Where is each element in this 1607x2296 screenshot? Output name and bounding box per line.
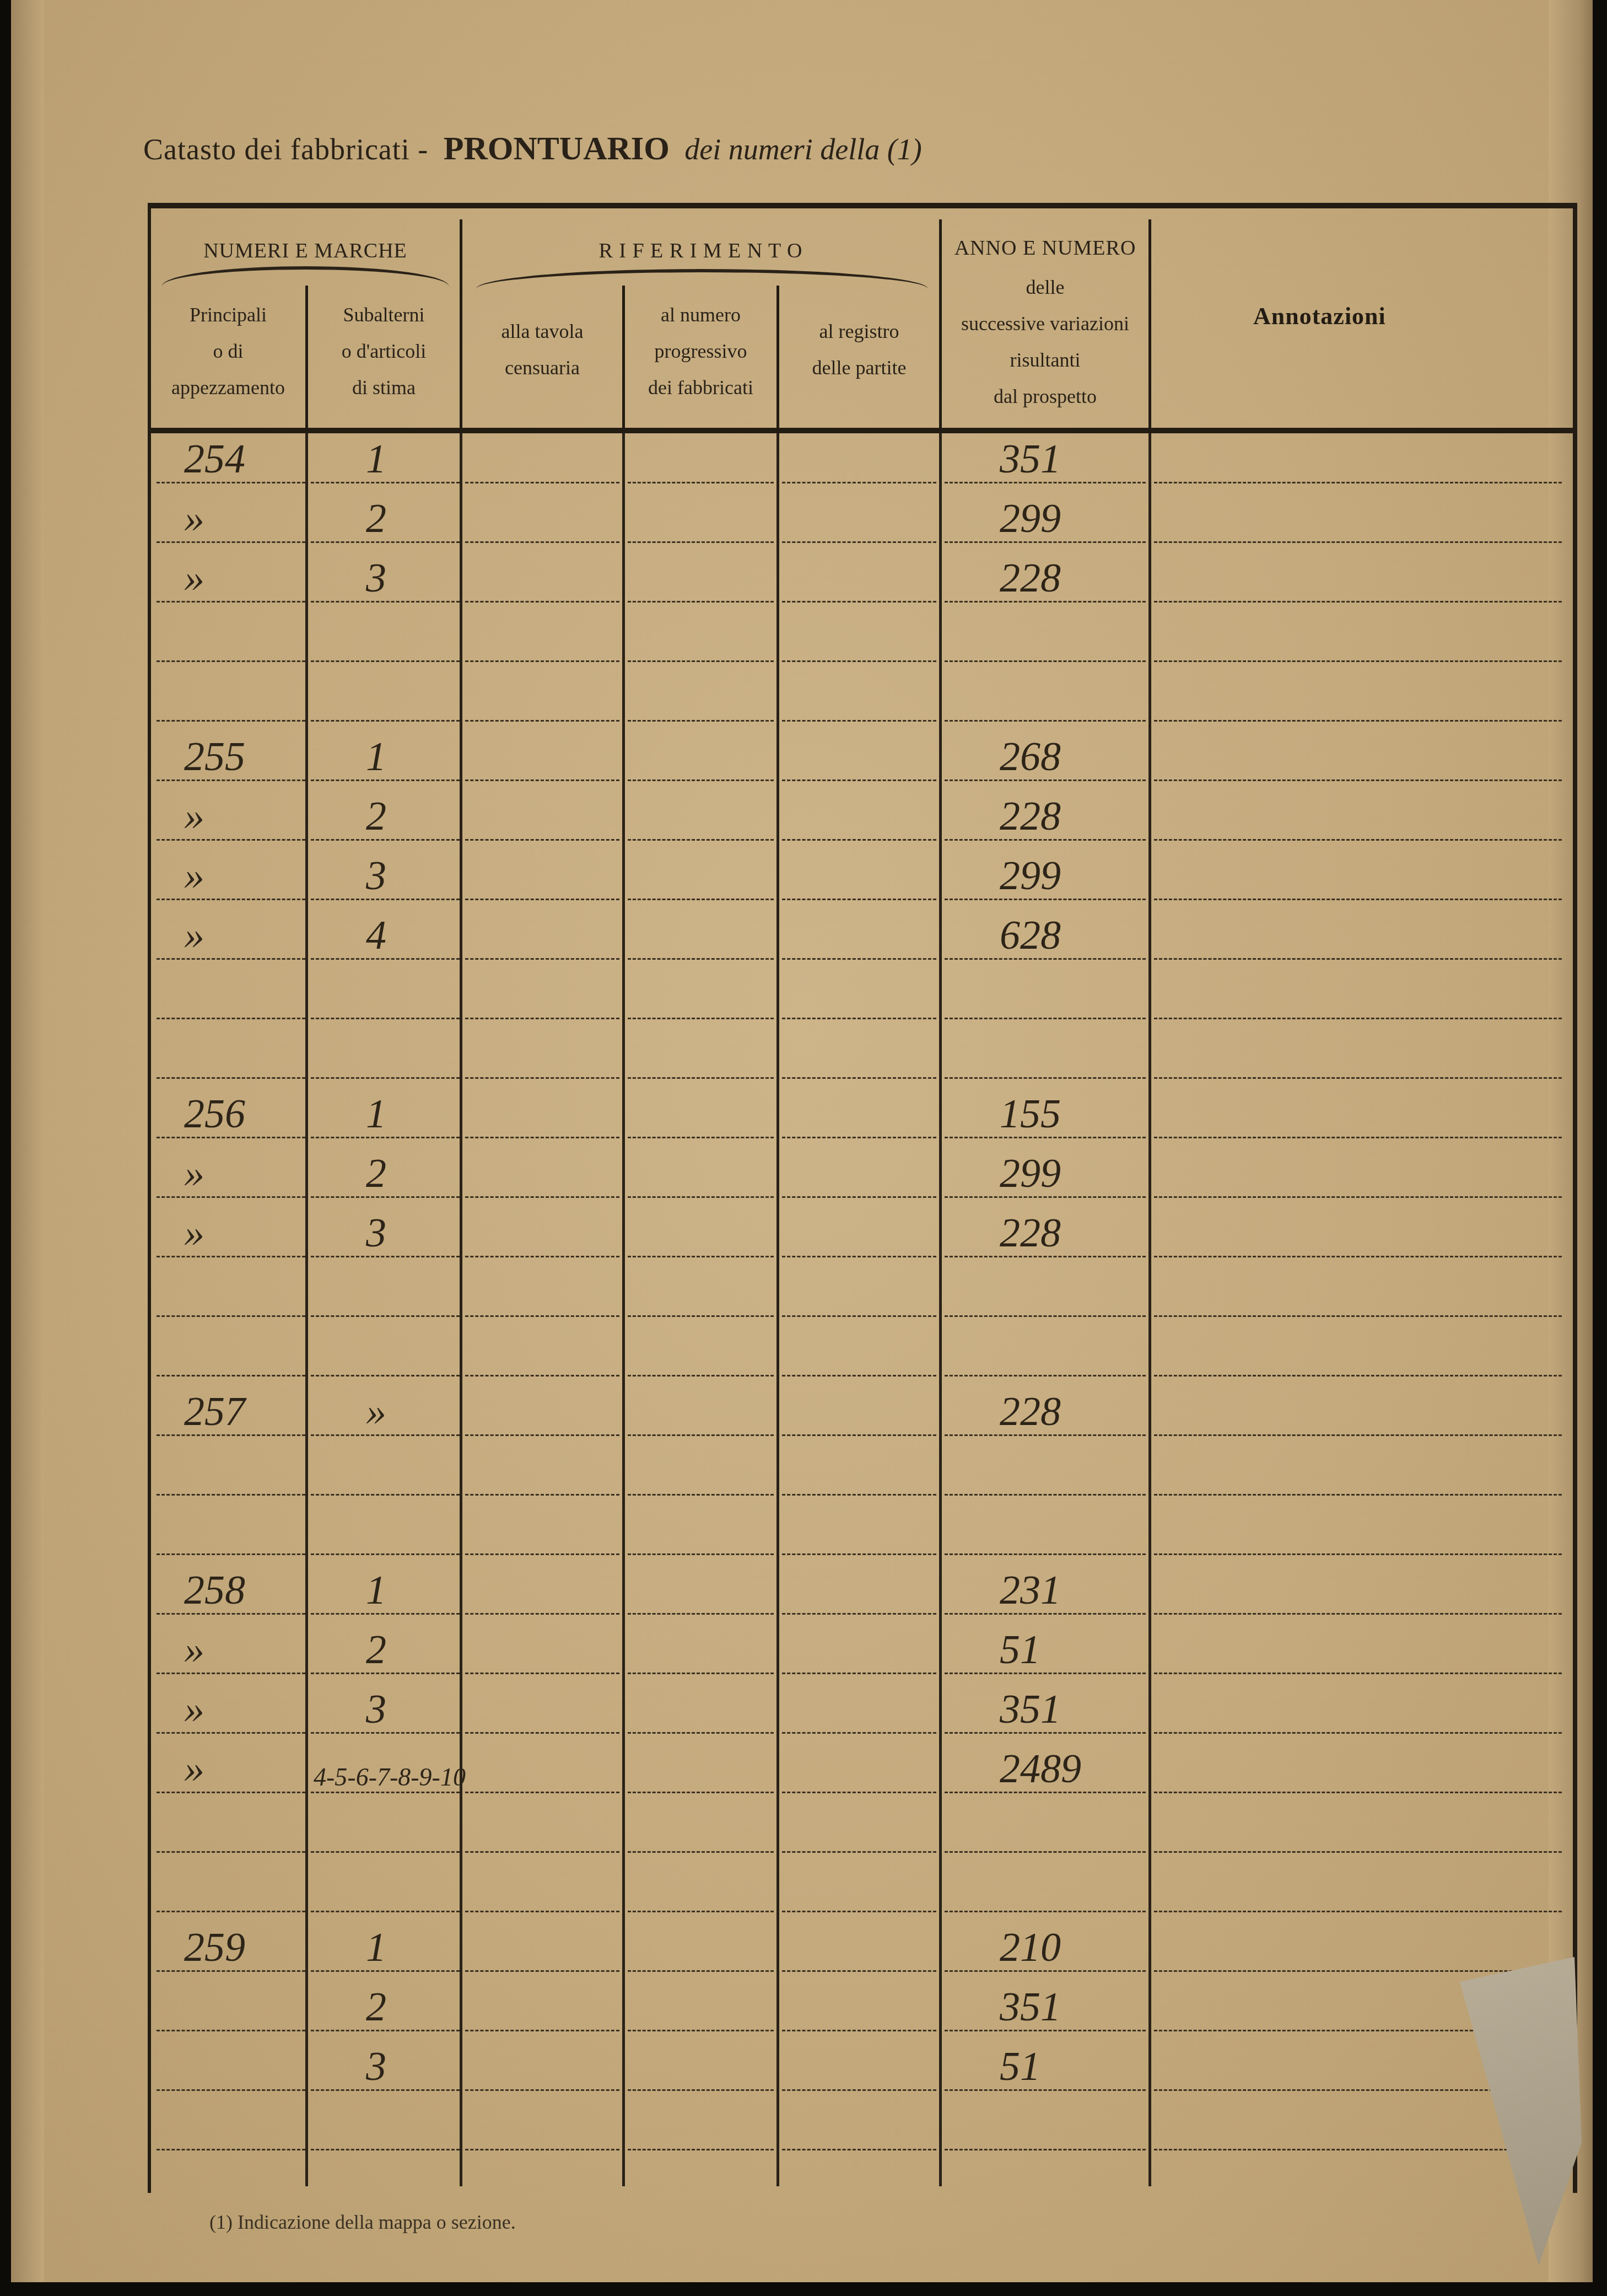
ruled-line (465, 2089, 619, 2091)
ruled-line (628, 541, 774, 543)
ruled-line (1154, 1970, 1562, 1972)
cell-principale: 259 (184, 1924, 245, 1971)
ruled-line (945, 1553, 1146, 1555)
cell-subalterno: 1 (366, 1091, 386, 1138)
cell-subalterno: 2 (366, 1984, 386, 2031)
cell-principale: » (184, 1686, 204, 1733)
ruled-line (465, 1673, 619, 1674)
ruled-line (782, 839, 936, 841)
ruled-line (465, 2030, 619, 2031)
cell-principale: » (184, 1627, 204, 1674)
ruled-line (782, 601, 936, 603)
ruled-line (945, 1077, 1146, 1079)
ruled-line (628, 2089, 774, 2091)
group-header-riferimento: R I F E R I M E N T O (462, 239, 939, 263)
cell-subalterno: 1 (366, 1567, 386, 1614)
cell-principale: 257 (184, 1389, 245, 1435)
ruled-line (782, 1137, 936, 1138)
ruled-line (465, 1196, 619, 1198)
ruled-line (465, 1434, 619, 1436)
cell-subalterno: 2 (366, 496, 386, 542)
cell-principale: » (184, 496, 204, 542)
ruled-line (782, 541, 936, 543)
ruled-line (1154, 1851, 1562, 1853)
ruled-line (157, 1375, 305, 1376)
ruled-line (1154, 1137, 1562, 1138)
cell-subalterno: » (366, 1389, 386, 1435)
ruled-line (628, 1018, 774, 1019)
ruled-line (1154, 1315, 1562, 1317)
cell-principale: 255 (184, 734, 245, 781)
ruled-line (628, 1911, 774, 1912)
col-header-variazioni: delle successive variazioni risultanti d… (942, 269, 1148, 415)
col-header-annotazioni: Annotazioni (1253, 302, 1386, 330)
cell-subalterno: 1 (366, 436, 386, 483)
ruled-line (628, 1256, 774, 1257)
ruled-line (628, 1792, 774, 1793)
ruled-line (782, 1256, 936, 1257)
title-prefix: Catasto dei fabbricati - (143, 133, 428, 166)
cell-subalterno: 1 (366, 734, 386, 781)
ruled-line (157, 2089, 305, 2091)
ruled-line (628, 720, 774, 722)
ruled-line (628, 1553, 774, 1555)
ruled-line (1154, 779, 1562, 781)
col-header-registro: al registro delle partite (779, 313, 939, 386)
ruled-line (465, 899, 619, 900)
cell-subalterno: 3 (366, 1210, 386, 1257)
ruled-line (311, 1792, 460, 1793)
column-divider (939, 433, 942, 2186)
cell-variazione: 231 (1000, 1567, 1061, 1614)
cell-variazione: 210 (1000, 1924, 1061, 1971)
ruled-line (782, 720, 936, 722)
ruled-line (782, 899, 936, 900)
ruled-line (465, 1970, 619, 1972)
ruled-line (157, 1077, 305, 1079)
ruled-line (465, 2149, 619, 2150)
ruled-line (1154, 1553, 1562, 1555)
ruled-line (628, 1375, 774, 1376)
ruled-line (782, 779, 936, 781)
ruled-line (465, 839, 619, 841)
ruled-line (157, 1494, 305, 1496)
col-header-principali: Principali o di appezzamento (151, 297, 305, 406)
cell-variazione: 51 (1000, 1627, 1040, 1674)
cell-principale: 258 (184, 1567, 245, 1614)
ruled-line (1154, 958, 1562, 960)
cell-subalterno: 2 (366, 793, 386, 840)
ruled-line (628, 1494, 774, 1496)
ruled-line (311, 660, 460, 662)
cell-subalterno: 4 (366, 912, 386, 959)
ruled-line (157, 1256, 305, 1257)
cell-variazione: 351 (1000, 1984, 1061, 2031)
cell-variazione: 228 (1000, 1210, 1061, 1257)
ruled-line (465, 1792, 619, 1793)
ruled-line (782, 2030, 936, 2031)
ruled-line (157, 1911, 305, 1912)
column-divider (622, 433, 625, 2186)
cell-principale: » (184, 912, 204, 959)
ruled-line (157, 720, 305, 722)
ruled-line (782, 1732, 936, 1734)
ruled-line (1154, 601, 1562, 603)
ruled-line (628, 958, 774, 960)
cell-principale: » (184, 1746, 204, 1793)
cell-variazione: 299 (1000, 1150, 1061, 1197)
ruled-line (311, 720, 460, 722)
ruled-line (782, 1494, 936, 1496)
ruled-line (157, 899, 305, 900)
ruled-line (311, 1077, 460, 1079)
ruled-line (782, 1196, 936, 1198)
ruled-line (1154, 1256, 1562, 1257)
ruled-line (465, 1851, 619, 1853)
ruled-line (1154, 541, 1562, 543)
cell-principale: » (184, 793, 204, 840)
ruled-line (945, 1375, 1146, 1376)
cell-principale: » (184, 1210, 204, 1257)
ruled-line (311, 2149, 460, 2150)
cell-variazione: 299 (1000, 853, 1061, 900)
group-header-numeri-marche: NUMERI E MARCHE (151, 239, 460, 263)
cell-variazione: 351 (1000, 1686, 1061, 1733)
ruled-line (1154, 1375, 1562, 1376)
footnote: (1) Indicazione della mappa o sezione. (209, 2211, 516, 2234)
ruled-line (465, 958, 619, 960)
ruled-line (311, 1018, 460, 1019)
cell-subalterno: 3 (366, 2044, 386, 2090)
cell-principale: 254 (184, 436, 245, 483)
register-table: NUMERI E MARCHE R I F E R I M E N T O Pr… (148, 203, 1577, 2193)
ruled-line (782, 1077, 936, 1079)
ruled-line (1154, 1613, 1562, 1615)
ruled-line (628, 660, 774, 662)
ruled-line (628, 1434, 774, 1436)
ruled-line (465, 779, 619, 781)
cell-subalterno: 2 (366, 1150, 386, 1197)
ruled-line (1154, 1077, 1562, 1079)
ruled-line (628, 1137, 774, 1138)
cell-subalterno: 1 (366, 1924, 386, 1971)
ruled-line (465, 1315, 619, 1317)
ruled-line (311, 1494, 460, 1496)
ruled-line (628, 2149, 774, 2150)
ruled-line (157, 1792, 305, 1793)
ruled-line (628, 1077, 774, 1079)
ruled-line (628, 779, 774, 781)
table-body: 2541351»2299»32282551268»2228»3299»46282… (151, 433, 1573, 2186)
group-header-anno-numero: ANNO E NUMERO (942, 236, 1148, 260)
ruled-line (628, 1732, 774, 1734)
ruled-line (465, 1732, 619, 1734)
ruled-line (628, 839, 774, 841)
ruled-line (157, 1553, 305, 1555)
ruled-line (465, 1137, 619, 1138)
ruled-line (782, 2089, 936, 2091)
ruled-line (1154, 1196, 1562, 1198)
ruled-line (782, 1970, 936, 1972)
ruled-line (1154, 1673, 1562, 1674)
ruled-line (945, 1673, 1146, 1674)
ruled-line (1154, 1911, 1562, 1912)
ruled-line (628, 1613, 774, 1615)
cell-principale: 256 (184, 1091, 245, 1138)
ruled-line (782, 1315, 936, 1317)
cell-variazione: 51 (1000, 2044, 1040, 2090)
ruled-line (782, 1792, 936, 1793)
ruled-line (782, 1553, 936, 1555)
header-divider (1148, 219, 1151, 428)
ruled-line (311, 1315, 460, 1317)
cell-variazione: 228 (1000, 555, 1061, 602)
ruled-line (157, 839, 305, 841)
ruled-line (782, 1434, 936, 1436)
ruled-line (628, 899, 774, 900)
cell-subalterno: 3 (366, 555, 386, 602)
ruled-line (782, 482, 936, 483)
ruled-line (157, 2149, 305, 2150)
table-header: NUMERI E MARCHE R I F E R I M E N T O Pr… (151, 208, 1573, 433)
ruled-line (465, 482, 619, 483)
ruled-line (157, 541, 305, 543)
ruled-line (157, 1732, 305, 1734)
ruled-line (782, 958, 936, 960)
ruled-line (782, 1018, 936, 1019)
cell-variazione: 268 (1000, 734, 1061, 781)
ruled-line (157, 1315, 305, 1317)
ruled-line (465, 1613, 619, 1615)
column-divider (305, 433, 308, 2186)
ruled-line (945, 1911, 1146, 1912)
brace-decoration (476, 269, 928, 289)
ruled-line (782, 1851, 936, 1853)
ruled-line (465, 1911, 619, 1912)
title-suffix: dei numeri della (1) (684, 133, 921, 166)
ruled-line (157, 1673, 305, 1674)
title-main: PRONTUARIO (444, 130, 670, 166)
ruled-line (782, 1613, 936, 1615)
ruled-line (465, 1494, 619, 1496)
col-header-numero-progressivo: al numero progressivo dei fabbricati (625, 297, 776, 406)
ruled-line (1154, 1434, 1562, 1436)
register-page: Catasto dei fabbricati - PRONTUARIO dei … (11, 0, 1593, 2282)
ruled-line (465, 720, 619, 722)
ruled-line (465, 1375, 619, 1376)
ruled-line (157, 601, 305, 603)
ruled-line (1154, 839, 1562, 841)
ruled-line (945, 1018, 1146, 1019)
cell-variazione: 228 (1000, 1389, 1061, 1435)
ruled-line (628, 601, 774, 603)
ruled-line (628, 1315, 774, 1317)
cell-principale: » (184, 1150, 204, 1197)
ruled-line (465, 1077, 619, 1079)
ruled-line (628, 1196, 774, 1198)
ruled-line (628, 1851, 774, 1853)
cell-variazione: 228 (1000, 793, 1061, 840)
ruled-line (782, 1911, 936, 1912)
ruled-line (1154, 660, 1562, 662)
ruled-line (311, 1553, 460, 1555)
column-divider (776, 433, 779, 2186)
ruled-line (1154, 482, 1562, 483)
ruled-line (945, 1494, 1146, 1496)
ruled-line (945, 720, 1146, 722)
ruled-line (465, 1018, 619, 1019)
ruled-line (945, 1851, 1146, 1853)
column-divider (460, 433, 462, 2186)
ruled-line (311, 1851, 460, 1853)
cell-subalterno: 3 (366, 1686, 386, 1733)
ruled-line (157, 1018, 305, 1019)
ruled-line (1154, 1494, 1562, 1496)
ruled-line (157, 1851, 305, 1853)
ruled-line (311, 1911, 460, 1912)
cell-variazione: 351 (1000, 436, 1061, 483)
cell-variazione: 2489 (1000, 1746, 1081, 1793)
cell-subalterno: 3 (366, 853, 386, 900)
ruled-line (465, 1553, 619, 1555)
ruled-line (628, 1970, 774, 1972)
ruled-line (157, 958, 305, 960)
cell-principale: » (184, 853, 204, 900)
ruled-line (628, 482, 774, 483)
ruled-line (945, 1315, 1146, 1317)
ruled-line (465, 1256, 619, 1257)
cell-principale: » (184, 555, 204, 602)
ruled-line (782, 1673, 936, 1674)
ruled-line (945, 2089, 1146, 2091)
ruled-line (628, 1673, 774, 1674)
col-header-tavola: alla tavola censuaria (462, 313, 622, 386)
ruled-line (628, 2030, 774, 2031)
ruled-line (465, 541, 619, 543)
column-divider (1148, 433, 1151, 2186)
page-binding-edge (11, 0, 44, 2282)
ruled-line (782, 2149, 936, 2150)
col-header-subalterni: Subalterni o d'articoli di stima (308, 297, 460, 406)
page-title: Catasto dei fabbricati - PRONTUARIO dei … (143, 130, 922, 168)
ruled-line (1154, 899, 1562, 900)
ruled-line (1154, 720, 1562, 722)
ruled-line (465, 601, 619, 603)
ruled-line (157, 660, 305, 662)
brace-decoration (162, 266, 449, 286)
cell-subalterno: 2 (366, 1627, 386, 1674)
cell-subalterno: 4-5-6-7-8-9-10 (314, 1762, 466, 1792)
ruled-line (311, 1375, 460, 1376)
cell-variazione: 155 (1000, 1091, 1061, 1138)
cell-variazione: 628 (1000, 912, 1061, 959)
ruled-line (1154, 1018, 1562, 1019)
ruled-line (782, 660, 936, 662)
ruled-line (157, 1196, 305, 1198)
ruled-line (1154, 1792, 1562, 1793)
ruled-line (157, 2030, 305, 2031)
ruled-line (945, 660, 1146, 662)
ruled-line (1154, 2149, 1562, 2150)
ruled-line (945, 2149, 1146, 2150)
ruled-line (782, 1375, 936, 1376)
ruled-line (465, 660, 619, 662)
ruled-line (1154, 1732, 1562, 1734)
cell-variazione: 299 (1000, 496, 1061, 542)
